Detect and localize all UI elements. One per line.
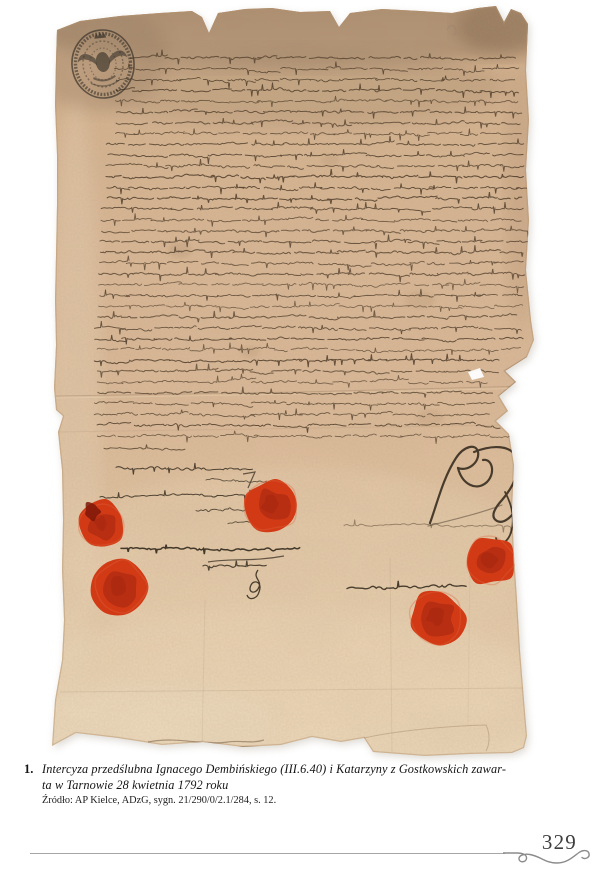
wax-seal <box>467 536 516 585</box>
book-page: 1. Intercyza przedślubna Ignacego Dembiń… <box>0 0 600 872</box>
footer-rule <box>30 853 505 854</box>
paper-surface <box>23 0 553 770</box>
figure-caption-text: Intercyza przedślubna Ignacego Dembiński… <box>42 762 584 807</box>
caption-line-1: Intercyza przedślubna Ignacego Dembiński… <box>42 762 584 778</box>
figure-caption: 1. Intercyza przedślubna Ignacego Dembiń… <box>24 762 584 807</box>
caption-source: Źródło: AP Kielce, ADzG, sygn. 21/290/0/… <box>42 795 584 807</box>
manuscript-photo <box>0 0 600 770</box>
manuscript-image <box>0 0 600 770</box>
page-number: 329 <box>542 830 577 855</box>
caption-line-2: ta w Tarnowie 28 kwietnia 1792 roku <box>42 778 584 794</box>
figure-number: 1. <box>24 762 42 807</box>
